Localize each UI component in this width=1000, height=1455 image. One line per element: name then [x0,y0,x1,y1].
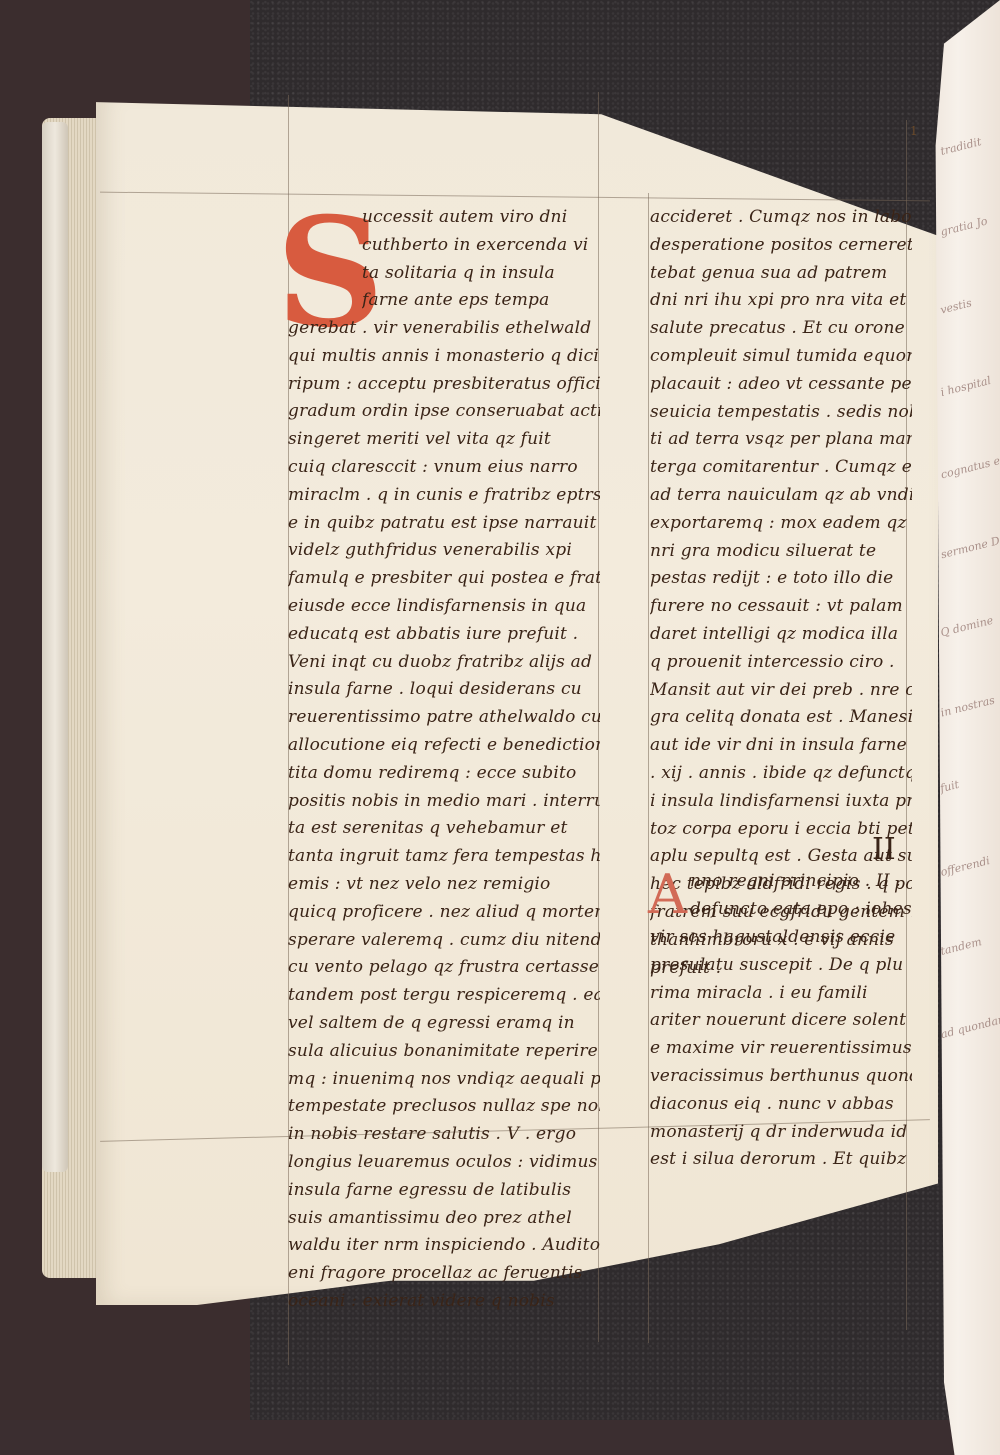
text-line: desperatione positos cerneret : flec [650,232,912,260]
text-line: suis amantissimu deo prez athel [288,1205,600,1233]
text-line: sperare valeremq . cumz diu nitendo [288,927,600,955]
text-line: nno regni principio . II . [690,868,912,896]
ghost-text-line: sermone Dei [939,532,1000,562]
text-line: in nobis restare salutis . V . ergo [288,1121,600,1149]
text-line: quicq proficere . nez aliud q mortem [288,899,600,927]
text-line: pestas redijt : e toto illo die [650,565,912,593]
text-line: famulq e presbiter qui postea e fratribz [288,565,600,593]
text-line: ariter nouerunt dicere solent : [650,1007,912,1035]
text-line: cu vento pelago qz frustra certasse [288,954,600,982]
text-line: ripum : acceptu presbiteratus offici [288,371,600,399]
text-line: terga comitarentur . Cumqz euadentes [650,454,912,482]
right-column-lower: vir scs hagustaldensis eccie presulatu s… [650,924,912,1174]
text-line: diaconus eiq . nunc v abbas [650,1091,912,1119]
text-line: seuicia tempestatis . sedis nobis ve [650,399,912,427]
text-line: waldu iter nrm inspiciendo . Audito [288,1232,600,1260]
text-line: tanta ingruit tamz fera tempestas hi [288,843,600,871]
ghost-text-line: vestis [939,296,973,316]
background-bottom [0,1420,1000,1455]
text-line: aut ide vir dni in insula farne [650,732,912,760]
text-line: gradum ordin ipse conseruabat actibz [288,398,600,426]
text-line: dni nri ihu xpi pro nra vita et [650,287,912,315]
text-line: tebat genua sua ad patrem [650,260,912,288]
ghost-text-line: offerendi [939,854,991,879]
text-line: allocutione eiq refecti e benedictione p… [288,732,600,760]
text-line: cuiq claresccit : vnum eius narro [288,454,600,482]
text-line: cuthberto in exercenda vi [362,232,602,260]
text-line: exportaremq : mox eadem qz [650,510,912,538]
right-column-chapter-start: nno regni principio . II . defuncto eata… [690,868,912,924]
text-line: oceani : exierat videre q nobis [288,1288,600,1316]
ghost-text-line: ad quondam [939,1012,1000,1041]
left-column: gerebat . vir venerabilis ethelwald qui … [288,315,600,1316]
ruling-line-col2-left [648,193,649,1343]
text-line: e maxime vir reuerentissimus ac [650,1035,912,1063]
ghost-text-line: tradidit [939,135,983,158]
text-line: accideret . Cumqz nos in labore ac [650,204,912,232]
ghost-text-line: in nostras [939,693,996,719]
text-line: vel saltem de q egressi eramq in [288,1010,600,1038]
text-line: sula alicuius bonanimitate reperire poss… [288,1038,600,1066]
text-line: ta solitaria q in insula [362,260,602,288]
folio-mark: 1 [910,124,918,138]
text-line: furere no cessauit : vt palam [650,593,912,621]
text-line: q prouenit intercessio ciro . [650,649,912,677]
text-line: placauit : adeo vt cessante per oia [650,371,912,399]
text-line: . xij . annis . ibide qz defunctq . et [650,760,912,788]
text-line: veracissimus berthunus quondam [650,1063,912,1091]
text-line: mq : inuenimq nos vndiqz aequali pari [288,1066,600,1094]
text-line: insula farne egressu de latibulis [288,1177,600,1205]
ghost-text-line: gratia Jo [939,214,989,238]
text-line: educatq est abbatis iure prefuit . [288,621,600,649]
text-line: defuncto eata epo : iohes [690,896,912,924]
left-column-top: uccessit autem viro dni cuthberto in exe… [362,204,602,315]
text-line: daret intelligi qz modica illa [650,621,912,649]
text-line: gra celitq donata est . Manesit [650,704,912,732]
text-line: tita domu rediremq : ecce subito [288,760,600,788]
text-line: insula farne . loqui desiderans cu [288,676,600,704]
text-line: vir scs hagustaldensis eccie [650,924,912,952]
text-line: positis nobis in medio mari . interrup [288,788,600,816]
ghost-text-line: fuit [939,778,961,795]
text-line: singeret meriti vel vita qz fuit [288,426,600,454]
text-line: reuerentissimo patre athelwaldo cuz [288,704,600,732]
text-line: longius leuaremus oculos : vidimus in ip… [288,1149,600,1177]
text-line: Veni inqt cu duobz fratribz alijs ad [288,649,600,677]
text-line: qui multis annis i monasterio q dicit i [288,343,600,371]
text-line: emis : vt nez velo nez remigio [288,871,600,899]
text-line: Mansit aut vir dei preb . nre confession… [650,677,912,705]
text-line: ta est serenitas q vehebamur et [288,815,600,843]
ghost-text-line: cognatus est [939,452,1000,482]
text-line: nri gra modicu siluerat te [650,538,912,566]
text-line: farne ante eps tempa [362,287,602,315]
text-line: ad terra nauiculam qz ab vndis [650,482,912,510]
text-line: presulatu suscepit . De q plu [650,952,912,980]
ghost-text-line: tandem [939,935,983,958]
text-line: eiusde ecce lindisfarnensis in qua [288,593,600,621]
text-line: e in quibz patratu est ipse narrauit [288,510,600,538]
text-line: tandem post tergu respiceremq . ea forte [288,982,600,1010]
text-line: uccessit autem viro dni [362,204,602,232]
text-line: i insula lindisfarnensi iuxta prefa [650,788,912,816]
text-line: videlz guthfridus venerabilis xpi [288,537,600,565]
text-line: rima miracla . i eu famili [650,980,912,1008]
text-line: est i silua derorum . Et quibz [650,1146,912,1174]
text-line: salute precatus . Et cu orone [650,315,912,343]
text-line: eni fragore procellaz ac feruentis [288,1260,600,1288]
text-line: monasterij q dr inderwuda id [650,1119,912,1147]
text-line: tempestate preclusos nullaz spe nobis [288,1093,600,1121]
ghost-text-line: i hospital [939,374,992,399]
book-spine [42,122,68,1172]
text-line: ti ad terra vsqz per plana maris [650,426,912,454]
ghost-text-line: Q domine [939,614,994,640]
chapter-number-mark: II [872,832,896,867]
text-line: miraclm . q in cunis e fratribz eptrs [288,482,600,510]
red-initial-a: A [648,868,688,918]
text-line: compleuit simul tumida equora [650,343,912,371]
text-line: gerebat . vir venerabilis ethelwald [288,315,600,343]
